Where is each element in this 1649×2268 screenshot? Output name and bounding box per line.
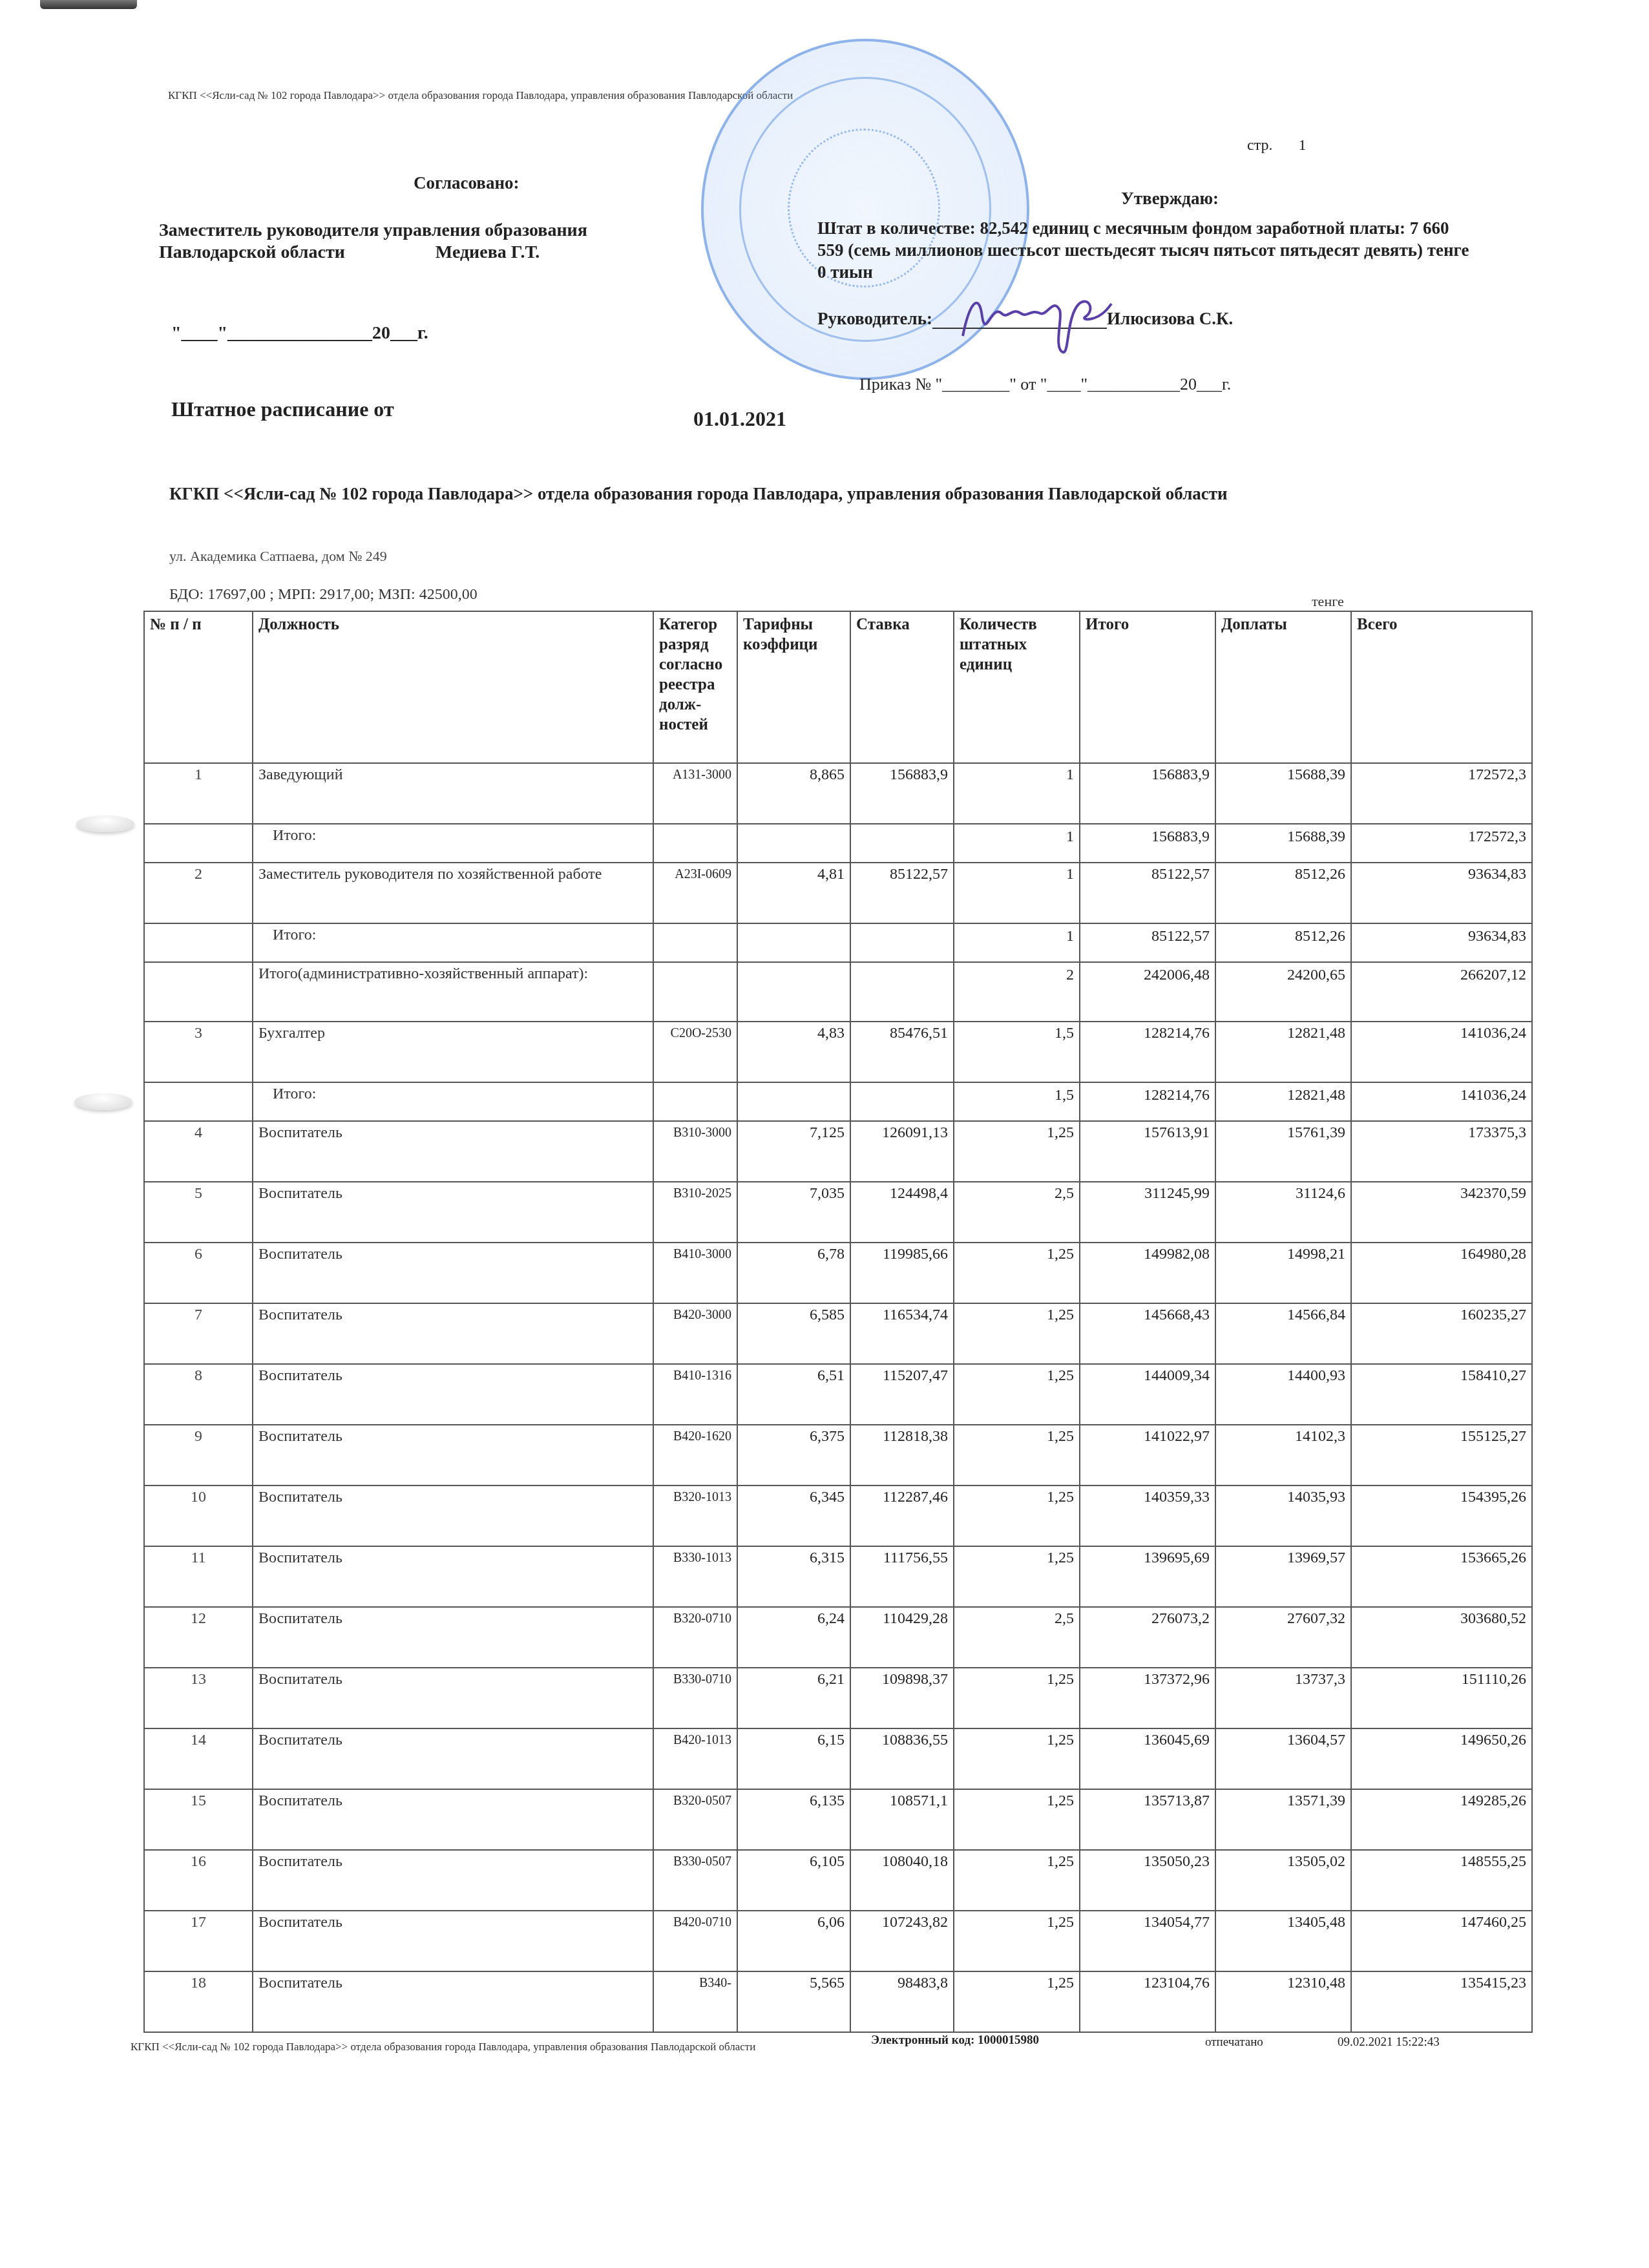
cell-row-number: 17 [144,1911,253,1971]
cell-grand-total: 160235,27 [1351,1303,1532,1364]
cell-row-number: 11 [144,1546,253,1607]
cell-grand-total: 141036,24 [1351,1082,1532,1121]
cell-row-number: 1 [144,763,253,824]
table-row: 8ВоспитательВ410-13166,51115207,471,2514… [144,1364,1532,1425]
cell-extra-pay: 27607,32 [1215,1607,1351,1668]
cell-extra-pay: 12821,48 [1215,1022,1351,1082]
cell-rate: 119985,66 [850,1243,954,1303]
cell-staff-quantity: 1,25 [954,1850,1080,1911]
cell-rate: 109898,37 [850,1668,954,1728]
cell-row-number: 15 [144,1789,253,1850]
cell-grand-total: 151110,26 [1351,1668,1532,1728]
page-label: стр. [1247,137,1272,154]
cell-extra-pay: 14102,3 [1215,1425,1351,1486]
electronic-code: Электронный код: 1000015980 [871,2033,1039,2048]
cell-grand-total: 93634,83 [1351,863,1532,923]
cell-subtotal: 85122,57 [1080,923,1215,962]
cell-tariff-coefficient: 6,135 [737,1789,850,1850]
cell-position-name: Воспитатель [253,1668,653,1728]
cell-category-code: А23I-0609 [653,863,737,923]
table-subtotal-row: Итого:1,5128214,7612821,48141036,24 [144,1082,1532,1121]
cell-grand-total: 342370,59 [1351,1182,1532,1243]
cell-row-number: 6 [144,1243,253,1303]
cell-tariff-coefficient: 6,375 [737,1425,850,1486]
cell-rate [850,962,954,1022]
cell-staff-quantity: 1 [954,923,1080,962]
base-parameters: БДО: 17697,00 ; МРП: 2917,00; МЗП: 42500… [169,586,478,604]
cell-category-code: В340- [653,1971,737,2032]
cell-grand-total: 172572,3 [1351,824,1532,863]
cell-staff-quantity: 1,25 [954,1486,1080,1546]
cell-subtotal: 144009,34 [1080,1364,1215,1425]
cell-grand-total: 266207,12 [1351,962,1532,1022]
cell-rate: 110429,28 [850,1607,954,1668]
cell-subtotal: 85122,57 [1080,863,1215,923]
cell-grand-total: 147460,25 [1351,1911,1532,1971]
cell-position-name: Воспитатель [253,1486,653,1546]
table-subtotal-row: Итого:1156883,915688,39172572,3 [144,824,1532,863]
printed-label: отпечатано [1205,2035,1263,2050]
cell-subtotal: 136045,69 [1080,1728,1215,1789]
cell-row-number: 14 [144,1728,253,1789]
table-row: 4ВоспитательВ310-30007,125126091,131,251… [144,1121,1532,1182]
organization-address: ул. Академика Сатпаева, дом № 249 [169,548,387,565]
table-row: 5ВоспитательВ310-20257,035124498,42,5311… [144,1182,1532,1243]
cell-staff-quantity: 2,5 [954,1607,1080,1668]
cell-extra-pay: 13505,02 [1215,1850,1351,1911]
cell-row-number: 5 [144,1182,253,1243]
approve-title: Утверждаю: [1121,189,1219,209]
cell-position-name: Воспитатель [253,1425,653,1486]
schedule-date: 01.01.2021 [693,407,786,431]
cell-rate: 108571,1 [850,1789,954,1850]
cell-row-number: 4 [144,1121,253,1182]
cell-position-name: Воспитатель [253,1911,653,1971]
cell-grand-total: 173375,3 [1351,1121,1532,1182]
cell-row-number [144,962,253,1022]
cell-position-name: Воспитатель [253,1546,653,1607]
cell-row-number [144,923,253,962]
header-col-total: Всего [1351,611,1532,763]
table-header-row: № п / пДолжностьКатегор разряд согласно … [144,611,1532,763]
cell-extra-pay: 24200,65 [1215,962,1351,1022]
cell-grand-total: 141036,24 [1351,1022,1532,1082]
header-col-number: № п / п [144,611,253,763]
cell-row-number: 9 [144,1425,253,1486]
cell-tariff-coefficient: 6,105 [737,1850,850,1911]
cell-staff-quantity: 1,25 [954,1546,1080,1607]
cell-category-code: В410-3000 [653,1243,737,1303]
cell-position-name: Бухгалтер [253,1022,653,1082]
cell-rate: 98483,8 [850,1971,954,2032]
cell-extra-pay: 13571,39 [1215,1789,1351,1850]
cell-rate [850,1082,954,1121]
cell-staff-quantity: 1 [954,824,1080,863]
cell-staff-quantity: 2 [954,962,1080,1022]
cell-grand-total: 155125,27 [1351,1425,1532,1486]
cell-rate: 111756,55 [850,1546,954,1607]
cell-subtotal: 135050,23 [1080,1850,1215,1911]
footer-org-line: КГКП <<Ясли-сад № 102 города Павлодара>>… [131,2041,755,2053]
cell-category-code: В330-1013 [653,1546,737,1607]
cell-position-name: Воспитатель [253,1364,653,1425]
cell-position-name: Воспитатель [253,1971,653,2032]
cell-tariff-coefficient: 6,24 [737,1607,850,1668]
cell-grand-total: 154395,26 [1351,1486,1532,1546]
cell-tariff-coefficient: 6,585 [737,1303,850,1364]
staff-schedule-table: № п / пДолжностьКатегор разряд согласно … [143,611,1533,2033]
header-col-coefficient: Тарифны коэффици [737,611,850,763]
cell-rate: 116534,74 [850,1303,954,1364]
handwritten-signature-icon [956,278,1137,355]
cell-staff-quantity: 1,25 [954,1425,1080,1486]
cell-extra-pay: 14566,84 [1215,1303,1351,1364]
cell-subtotal: 137372,96 [1080,1668,1215,1728]
cell-row-number: 8 [144,1364,253,1425]
table-row: 7ВоспитательВ420-30006,585116534,741,251… [144,1303,1532,1364]
punch-hole [76,815,134,832]
cell-subtotal: 134054,77 [1080,1911,1215,1971]
cell-extra-pay: 15688,39 [1215,824,1351,863]
cell-extra-pay: 15688,39 [1215,763,1351,824]
header-col-subtotal: Итого [1080,611,1215,763]
cell-position-name: Итого(административно-хозяйственный аппа… [253,962,653,1022]
header-col-rate: Ставка [850,611,954,763]
cell-tariff-coefficient: 7,035 [737,1182,850,1243]
cell-staff-quantity: 1,25 [954,1121,1080,1182]
cell-subtotal: 135713,87 [1080,1789,1215,1850]
cell-extra-pay: 13405,48 [1215,1911,1351,1971]
table-row: 18ВоспитательВ340-5,56598483,81,25123104… [144,1971,1532,2032]
cell-row-number [144,1082,253,1121]
cell-staff-quantity: 1,25 [954,1911,1080,1971]
table-row: 15ВоспитательВ320-05076,135108571,11,251… [144,1789,1532,1850]
cell-grand-total: 93634,83 [1351,923,1532,962]
cell-tariff-coefficient: 7,125 [737,1121,850,1182]
table-row: 2Заместитель руководителя по хозяйственн… [144,863,1532,923]
agreed-name: Медиева Г.Т. [436,242,540,264]
table-row: 9ВоспитательВ420-16206,375112818,381,251… [144,1425,1532,1486]
cell-subtotal: 156883,9 [1080,824,1215,863]
agreed-position-line1: Заместитель руководителя управления обра… [159,220,587,242]
table-row: 3БухгалтерС20О-25304,8385476,511,5128214… [144,1022,1532,1082]
cell-tariff-coefficient: 6,51 [737,1364,850,1425]
cell-tariff-coefficient: 5,565 [737,1971,850,2032]
header-org-line: КГКП <<Ясли-сад № 102 города Павлодара>>… [168,89,793,102]
cell-grand-total: 148555,25 [1351,1850,1532,1911]
cell-subtotal: 157613,91 [1080,1121,1215,1182]
cell-rate: 115207,47 [850,1364,954,1425]
header-col-quantity: Количеств штатных единиц [954,611,1080,763]
cell-row-number: 13 [144,1668,253,1728]
schedule-title: Штатное расписание от [171,397,394,421]
table-row: 17ВоспитательВ420-07106,06107243,821,251… [144,1911,1532,1971]
cell-category-code: В310-3000 [653,1121,737,1182]
header-col-position: Должность [253,611,653,763]
cell-row-number: 18 [144,1971,253,2032]
cell-grand-total: 303680,52 [1351,1607,1532,1668]
cell-tariff-coefficient: 6,78 [737,1243,850,1303]
agreed-date-line: "____"________________20___г. [171,323,428,344]
table-row: 10ВоспитательВ320-10136,345112287,461,25… [144,1486,1532,1546]
cell-position-name: Воспитатель [253,1243,653,1303]
cell-rate [850,923,954,962]
cell-category-code: В310-2025 [653,1182,737,1243]
head-label: Руководитель: [817,309,932,328]
cell-extra-pay: 8512,26 [1215,923,1351,962]
cell-category-code: В320-1013 [653,1486,737,1546]
cell-grand-total: 149650,26 [1351,1728,1532,1789]
cell-rate [850,824,954,863]
cell-position-name: Воспитатель [253,1607,653,1668]
cell-staff-quantity: 1,5 [954,1082,1080,1121]
header-col-category: Категор разряд согласно реестра долж-нос… [653,611,737,763]
cell-position-name: Заместитель руководителя по хозяйственно… [253,863,653,923]
cell-subtotal: 128214,76 [1080,1082,1215,1121]
cell-tariff-coefficient: 4,83 [737,1022,850,1082]
table-row: 6ВоспитательВ410-30006,78119985,661,2514… [144,1243,1532,1303]
cell-subtotal: 145668,43 [1080,1303,1215,1364]
cell-position-name: Заведующий [253,763,653,824]
cell-extra-pay: 13969,57 [1215,1546,1351,1607]
binder-clip [40,0,137,9]
cell-subtotal: 141022,97 [1080,1425,1215,1486]
cell-extra-pay: 14035,93 [1215,1486,1351,1546]
table-row: 13ВоспитательВ330-07106,21109898,371,251… [144,1668,1532,1728]
cell-staff-quantity: 1,25 [954,1728,1080,1789]
cell-rate: 108836,55 [850,1728,954,1789]
cell-category-code: В330-0507 [653,1850,737,1911]
cell-position-name: Воспитатель [253,1121,653,1182]
cell-position-name: Воспитатель [253,1789,653,1850]
page-value: 1 [1298,137,1306,154]
order-line: Приказ № "________" от "____"___________… [859,375,1231,394]
cell-rate: 124498,4 [850,1182,954,1243]
cell-staff-quantity: 1,25 [954,1971,1080,2032]
cell-row-number [144,824,253,863]
cell-staff-quantity: 1,25 [954,1789,1080,1850]
cell-subtotal: 128214,76 [1080,1022,1215,1082]
cell-category-code: В330-0710 [653,1668,737,1728]
cell-position-name: Итого: [253,1082,653,1121]
cell-rate: 107243,82 [850,1911,954,1971]
cell-subtotal: 311245,99 [1080,1182,1215,1243]
cell-grand-total: 149285,26 [1351,1789,1532,1850]
cell-row-number: 7 [144,1303,253,1364]
cell-tariff-coefficient: 4,81 [737,863,850,923]
cell-staff-quantity: 1,5 [954,1022,1080,1082]
cell-tariff-coefficient: 8,865 [737,763,850,824]
cell-grand-total: 135415,23 [1351,1971,1532,2032]
cell-category-code: В320-0507 [653,1789,737,1850]
cell-category-code: В410-1316 [653,1364,737,1425]
cell-subtotal: 276073,2 [1080,1607,1215,1668]
cell-staff-quantity: 1,25 [954,1668,1080,1728]
cell-tariff-coefficient: 6,06 [737,1911,850,1971]
cell-category-code: В420-1620 [653,1425,737,1486]
cell-rate: 85122,57 [850,863,954,923]
agreed-position-line2: Павлодарской области [159,242,345,262]
printed-timestamp: 09.02.2021 15:22:43 [1338,2035,1440,2050]
cell-staff-quantity: 1 [954,763,1080,824]
cell-tariff-coefficient [737,962,850,1022]
cell-category-code [653,824,737,863]
cell-rate: 112287,46 [850,1486,954,1546]
cell-row-number: 10 [144,1486,253,1546]
cell-position-name: Воспитатель [253,1303,653,1364]
cell-rate: 156883,9 [850,763,954,824]
cell-grand-total: 172572,3 [1351,763,1532,824]
cell-category-code [653,962,737,1022]
cell-category-code: В320-0710 [653,1607,737,1668]
cell-subtotal: 156883,9 [1080,763,1215,824]
cell-row-number: 3 [144,1022,253,1082]
cell-tariff-coefficient: 6,345 [737,1486,850,1546]
agreed-signatory: Заместитель руководителя управления обра… [159,220,587,264]
cell-position-name: Итого: [253,923,653,962]
cell-staff-quantity: 1 [954,863,1080,923]
cell-extra-pay: 15761,39 [1215,1121,1351,1182]
cell-subtotal: 242006,48 [1080,962,1215,1022]
cell-subtotal: 123104,76 [1080,1971,1215,2032]
cell-subtotal: 139695,69 [1080,1546,1215,1607]
cell-extra-pay: 13604,57 [1215,1728,1351,1789]
table-body: 1ЗаведующийА131-30008,865156883,91156883… [144,763,1532,2032]
cell-extra-pay: 14998,21 [1215,1243,1351,1303]
cell-position-name: Воспитатель [253,1728,653,1789]
cell-position-name: Воспитатель [253,1850,653,1911]
cell-staff-quantity: 1,25 [954,1364,1080,1425]
cell-category-code [653,1082,737,1121]
table-row: 11ВоспитательВ330-10136,315111756,551,25… [144,1546,1532,1607]
punch-hole [74,1093,132,1110]
cell-row-number: 12 [144,1607,253,1668]
cell-category-code: В420-0710 [653,1911,737,1971]
cell-position-name: Воспитатель [253,1182,653,1243]
cell-grand-total: 158410,27 [1351,1364,1532,1425]
cell-rate: 112818,38 [850,1425,954,1486]
cell-tariff-coefficient: 6,15 [737,1728,850,1789]
cell-tariff-coefficient: 6,315 [737,1546,850,1607]
page-number: стр.1 [1247,137,1306,154]
approve-text: Штат в количестве: 82,542 единиц с месяч… [817,217,1476,283]
cell-rate: 126091,13 [850,1121,954,1182]
cell-tariff-coefficient [737,923,850,962]
cell-rate: 108040,18 [850,1850,954,1911]
table-row: 12ВоспитательВ320-07106,24110429,282,527… [144,1607,1532,1668]
cell-row-number: 16 [144,1850,253,1911]
cell-extra-pay: 31124,6 [1215,1182,1351,1243]
cell-extra-pay: 12821,48 [1215,1082,1351,1121]
cell-extra-pay: 13737,3 [1215,1668,1351,1728]
cell-staff-quantity: 2,5 [954,1182,1080,1243]
cell-grand-total: 164980,28 [1351,1243,1532,1303]
table-row: 1ЗаведующийА131-30008,865156883,91156883… [144,763,1532,824]
cell-category-code [653,923,737,962]
cell-position-name: Итого: [253,824,653,863]
cell-category-code: В420-1013 [653,1728,737,1789]
cell-category-code: В420-3000 [653,1303,737,1364]
cell-grand-total: 153665,26 [1351,1546,1532,1607]
cell-rate: 85476,51 [850,1022,954,1082]
cell-row-number: 2 [144,863,253,923]
cell-staff-quantity: 1,25 [954,1303,1080,1364]
agreed-title: Согласовано: [414,173,519,193]
cell-extra-pay: 12310,48 [1215,1971,1351,2032]
table-row: 16ВоспитательВ330-05076,105108040,181,25… [144,1850,1532,1911]
table-subtotal-row: Итого(административно-хозяйственный аппа… [144,962,1532,1022]
cell-subtotal: 140359,33 [1080,1486,1215,1546]
cell-tariff-coefficient: 6,21 [737,1668,850,1728]
cell-subtotal: 149982,08 [1080,1243,1215,1303]
cell-tariff-coefficient [737,1082,850,1121]
cell-extra-pay: 14400,93 [1215,1364,1351,1425]
organization-name: КГКП <<Ясли-сад № 102 города Павлодара>>… [169,483,1436,504]
currency-label: тенге [1312,593,1344,610]
cell-category-code: С20О-2530 [653,1022,737,1082]
header-col-extra: Доплаты [1215,611,1351,763]
table-subtotal-row: Итого:185122,578512,2693634,83 [144,923,1532,962]
cell-category-code: А131-3000 [653,763,737,824]
cell-tariff-coefficient [737,824,850,863]
table-row: 14ВоспитательВ420-10136,15108836,551,251… [144,1728,1532,1789]
cell-staff-quantity: 1,25 [954,1243,1080,1303]
cell-extra-pay: 8512,26 [1215,863,1351,923]
